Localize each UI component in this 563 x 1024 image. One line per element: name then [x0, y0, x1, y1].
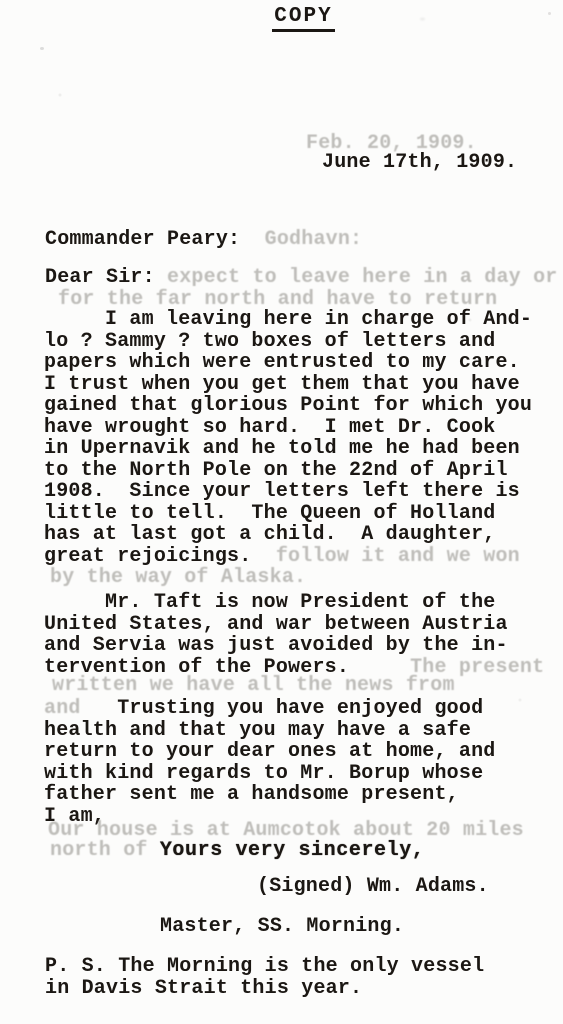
- paper-speck: [420, 18, 425, 20]
- paragraph-3: and Trusting you have enjoyed good healt…: [44, 698, 495, 827]
- copy-heading: COPY: [272, 5, 334, 32]
- body-line: I trust when you get them that you have: [44, 374, 532, 396]
- body-line: gained that glorious Point for which you: [44, 395, 532, 417]
- date-line: June 17th, 1909.: [322, 152, 517, 174]
- ghost-alaska-line: by the way of Alaska.: [50, 567, 306, 589]
- recipient-line: Commander Peary: Godhavn:: [45, 229, 362, 251]
- body-line: has at last got a child. A daughter,: [44, 524, 532, 546]
- body-line: little to tell. The Queen of Holland: [44, 503, 532, 525]
- recipient-ghost-text: Godhavn:: [240, 228, 362, 251]
- body-line: with kind regards to Mr. Borup whose: [44, 763, 495, 785]
- ghost-fragment: and: [44, 697, 81, 720]
- body-line-text: great rejoicings.: [44, 545, 251, 568]
- body-line: to the North Pole on the 22nd of April: [44, 460, 532, 482]
- ghost-fragment: follow it and we won: [251, 545, 519, 568]
- body-line: papers which were entrusted to my care.: [44, 352, 532, 374]
- title-line: Master, SS. Morning.: [160, 916, 404, 938]
- paragraph-1: I am leaving here in charge of And- lo ?…: [44, 309, 532, 567]
- body-line: and Trusting you have enjoyed good: [44, 698, 495, 720]
- body-line: in Upernavik and he told me he had been: [44, 438, 532, 460]
- body-line: health and that you may have a safe: [44, 720, 495, 742]
- body-line: return to your dear ones at home, and: [44, 741, 495, 763]
- signature-line: (Signed) Wm. Adams.: [257, 876, 489, 898]
- body-line-text: Trusting you have enjoyed good: [81, 697, 484, 720]
- ghost-fragment: north of: [50, 839, 160, 862]
- body-line: father sent me a handsome present,: [44, 784, 495, 806]
- salutation-line: Dear Sir: expect to leave here in a day …: [45, 267, 558, 289]
- recipient-text: Commander Peary:: [45, 228, 240, 251]
- paragraph-2: Mr. Taft is now President of the United …: [44, 592, 544, 678]
- body-line: have wrought so hard. I met Dr. Cook: [44, 417, 532, 439]
- paper-speck: [40, 47, 44, 50]
- body-line: Mr. Taft is now President of the: [44, 592, 544, 614]
- postscript-line: P. S. The Morning is the only vessel: [45, 956, 484, 978]
- ghost-written-line: written we have all the news from: [52, 675, 455, 697]
- signoff-text: Yours very sincerely,: [160, 839, 425, 862]
- body-line: 1908. Since your letters left there is: [44, 481, 532, 503]
- salutation-text: Dear Sir:: [45, 266, 155, 289]
- body-line: great rejoicings. follow it and we won: [44, 546, 532, 568]
- body-line: I am leaving here in charge of And-: [44, 309, 532, 331]
- body-line: United States, and war between Austria: [44, 614, 544, 636]
- body-line: lo ? Sammy ? two boxes of letters and: [44, 331, 532, 353]
- body-line: and Servia was just avoided by the in-: [44, 635, 544, 657]
- letter-page: COPY Feb. 20, 1909. June 17th, 1909. Com…: [0, 0, 563, 1024]
- signoff-line: north of Yours very sincerely,: [50, 840, 424, 862]
- paper-speck: [548, 12, 551, 15]
- salutation-ghost-text: expect to leave here in a day or: [155, 266, 558, 289]
- postscript-line: in Davis Strait this year.: [45, 978, 484, 1000]
- postscript: P. S. The Morning is the only vessel in …: [45, 956, 484, 999]
- copy-heading-row: COPY: [0, 5, 563, 32]
